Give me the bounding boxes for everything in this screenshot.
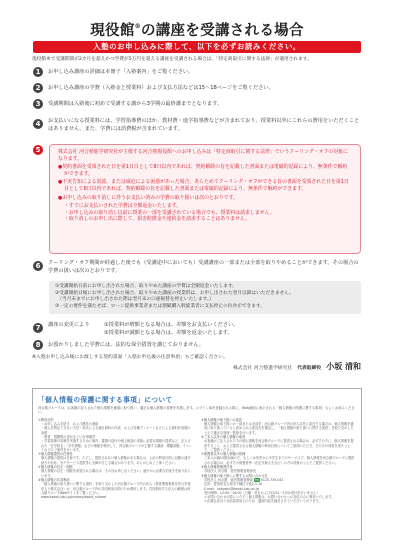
number-badge-7: 7 [33, 323, 43, 333]
cooling-off-lead: 株式会社 河合塾進学研究社が主催する河合塾現役館へのお申し込みは「特定商取引に関… [58, 149, 352, 162]
item-7-line: ②授業料が減額となる場合は、差額を返金いたします。 [104, 329, 233, 337]
signatory-role: 代表取締役 [297, 364, 321, 371]
item-6: 6 クーリング・オフ期間が経過した後でも（受講途中においても）受講講座の一部また… [33, 258, 363, 275]
number-badge-6: 6 [33, 261, 43, 271]
item-text: お申し込み講座の学費（入塾金と授業料）および支払方法などは15～18ページをご覧… [48, 83, 274, 92]
notice-banner: 入塾のお申し込みに際して、以下を必ずお読みください。 [33, 41, 361, 53]
intro-text: 現役館®で受講期間が2カ月を超えかつ学費が5万円を超える講座を受講される場合は、… [32, 56, 372, 62]
privacy-text: ＊正確な応対と対応品質向上のため、通話内容を録音させていただいております。 [201, 499, 356, 503]
privacy-text: ご本人が満15歳未満の方、もしくは幼児から中学生までのサービスで、個人情報を河合… [201, 456, 356, 465]
cooling-off-bullet: 契約書面を受領された日を第1日目として8日以内であれば、契約解除の旨を記載した書… [58, 164, 352, 177]
privacy-title: 「個人情報の保護に関する事項」について [38, 394, 356, 404]
privacy-notice-box: 「個人情報の保護に関する事項」について 河合塾グループは、お客様の記入された個人… [32, 388, 362, 540]
refund-rule: ・取り消しのお申し出に際して、損害賠償金や違約金を請求することはありません。 [58, 216, 352, 223]
cooling-off-bullet: お申し込みの取り消しに伴うお支払い済みの学費の取り扱いは次のとおりです。 [58, 195, 352, 202]
privacy-text: ・個人を特定できない方法・形式による統計資料の作成、および各種アンケートなどによ… [38, 426, 193, 435]
withdrawal-cases-box: ①受講開始日前にお申し出された場合、取りやめた講座の学費は全額返金いたします。 … [49, 281, 361, 314]
privacy-text: お客様がご記入された方の個人情報を河合塾グループに提供される場合は、必ずその方に… [201, 439, 356, 452]
item-5-marker: 5 [33, 145, 47, 155]
number-badge-3: 3 [33, 99, 43, 109]
title-text: の講座を受講される場合 [141, 23, 304, 39]
withdrawal-case: （当月末までにお申し出された際は翌月末の口座振替を停止いたします。） [55, 297, 355, 304]
company-name: 株式会社 河合塾進学研究社 [233, 364, 292, 371]
contract-note: ※入塾お申し込み後にお渡しする契約書面「入塾お申込後の注意事項」もご確認ください… [32, 353, 228, 360]
signatory-name: 小坂 清和 [326, 361, 361, 372]
item-2: 2 お申し込み講座の学費（入塾金と授業料）および支払方法などは15～18ページを… [33, 83, 363, 93]
number-badge-2: 2 [33, 83, 43, 93]
item-text: 受講期間は入塾後に初めて受講する講から3学期の最終講までとなります。 [48, 99, 222, 108]
privacy-text: 「個人情報の取り扱いに関する規約」を取り交わした河合塾グループ内の法人（教育関連… [38, 482, 193, 495]
number-badge-4: 4 [33, 119, 43, 129]
privacy-text: 個人情報の訂正・削除を希望される場合は、その旨お申し出ください。速やかに必要な手… [38, 469, 193, 478]
signature: 株式会社 河合塾進学研究社 代表取締役 小坂 清和 [233, 361, 361, 372]
item-text: クーリング・オフ期間が経過した後でも（受講途中においても）受講講座の一部または全… [48, 258, 363, 275]
withdrawal-case: ③一定の要件を満たせば、ローン提供事業者または割賦購入斡旋業者に支払停止の抗弁が… [55, 304, 355, 311]
item-4: 4 お支払いになる授業料には、学習指導費のほか、教材費・進学指導費などが含まれて… [33, 116, 363, 133]
withdrawal-case: ①受講開始日前にお申し出された場合、取りやめた講座の学費は全額返金いたします。 [55, 284, 355, 291]
phone-number: 0120-735-041 [261, 478, 284, 482]
refund-rule: ・すでにお支払いされた学費は全額返金いたします。 [58, 203, 352, 210]
number-badge-1: 1 [33, 67, 43, 77]
item-1: 1 お申し込み講座の詳細は本冊子「入塾案内」をご覧ください。 [33, 67, 363, 77]
privacy-text: 個人情報の提供は任意です。ただし、提供されない個人情報がある場合は、上記の利用目… [38, 456, 193, 465]
privacy-text: 個人情報の取り扱いの一部または全部を、河合塾グループ内の法人以外に委託する場合は… [201, 422, 356, 435]
item-7-lead: 講座の変更により [48, 321, 104, 329]
privacy-left-column: ①利用目的 ・お申し込み手続き、および運営の連絡 ・個人を特定できない方法・形式… [38, 418, 193, 504]
item-text: お預かりしました学費には、法的な保全措置を講じておりません。 [48, 340, 204, 349]
number-badge-5: 5 [33, 145, 43, 155]
cooling-off-box: 株式会社 河合塾進学研究社が主催する河合塾現役館へのお申し込みは「特定商取引に関… [49, 144, 361, 254]
number-badge-8: 8 [33, 340, 43, 350]
page-title: 現役館®の講座を受講される場合 [0, 19, 394, 40]
item-text: お支払いになる授業料には、学習指導費のほか、教材費・進学指導費などが含まれており… [48, 116, 363, 133]
privacy-right-column: ⑤個人情報の取り扱いの委託 個人情報の取り扱いの一部または全部を、河合塾グループ… [201, 418, 356, 504]
item-7-line: ①授業料が増額となる場合は、差額をお支払いください。 [104, 321, 238, 329]
privacy-intro: 河合塾グループは、お客様の記入された個人情報を厳重に取り扱い、適正な個人情報の管… [38, 406, 356, 415]
cooling-off-bullet: 不実告知による誤認、または威迫による困惑があった場合、あらためてクーリング・オフ… [58, 179, 352, 192]
item-text: お申し込み講座の詳細は本冊子「入塾案内」をご覧ください。 [48, 67, 193, 76]
privacy-url-link[interactable]: www.kawai-juku.jp/privacy/about_shared [38, 495, 193, 499]
privacy-text: ・学習指導の指導を実施するために案内、書類の送付や個人相談の実施に必要な情報の提… [38, 439, 193, 452]
item-3: 3 受講期間は入塾後に初めて受講する講から3学期の最終講までとなります。 [33, 99, 363, 109]
item-8: 8 お預かりしました学費には、法的な保全措置を講じておりません。 [33, 340, 363, 350]
item-7: 7 講座の変更により ①授業料が増額となる場合は、差額をお支払いください。 ②授… [33, 320, 363, 337]
title-brand: 現役館 [90, 23, 134, 39]
